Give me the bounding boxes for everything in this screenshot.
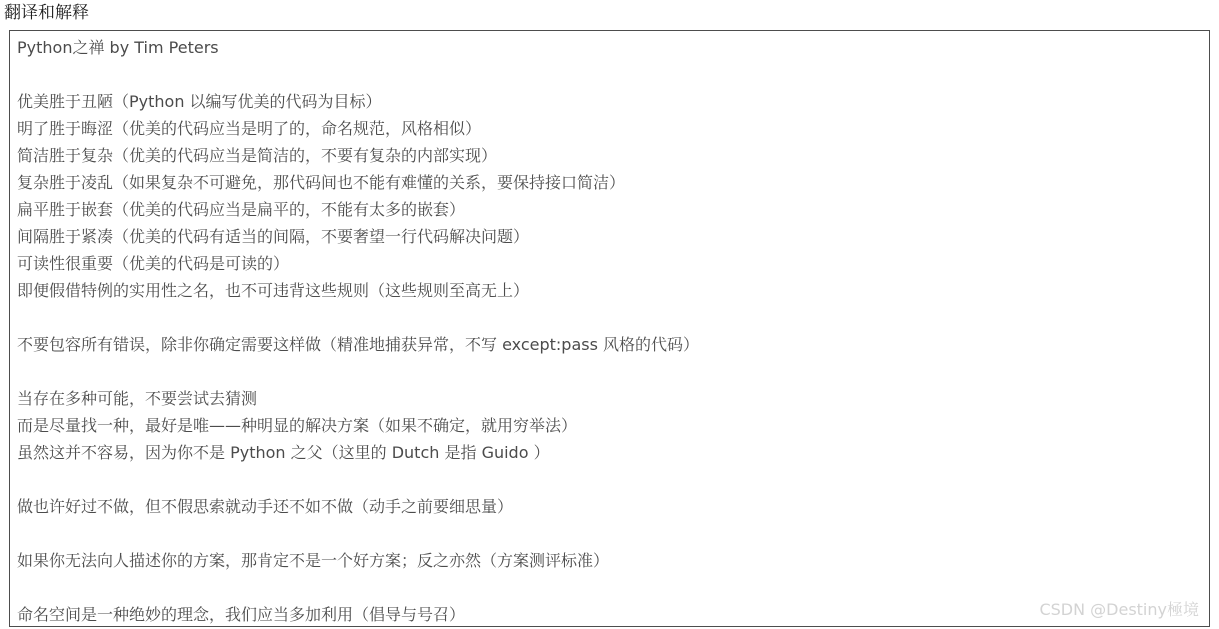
text-line: 简洁胜于复杂（优美的代码应当是简洁的，不要有复杂的内部实现） <box>17 142 1202 169</box>
text-line: 即便假借特例的实用性之名，也不可违背这些规则（这些规则至高无上） <box>17 277 1202 304</box>
zen-of-python-box: Python之禅 by Tim Peters 优美胜于丑陋（Python 以编写… <box>9 30 1210 627</box>
text-line: 而是尽量找一种，最好是唯——种明显的解决方案（如果不确定，就用穷举法） <box>17 412 1202 439</box>
text-line: 复杂胜于凌乱（如果复杂不可避免，那代码间也不能有难懂的关系，要保持接口简洁） <box>17 169 1202 196</box>
text-line: 当存在多种可能，不要尝试去猜测 <box>17 385 1202 412</box>
text-line <box>17 466 1202 493</box>
text-line: 虽然这并不容易，因为你不是 Python 之父（这里的 Dutch 是指 Gui… <box>17 439 1202 466</box>
text-line <box>17 520 1202 547</box>
text-line: 做也许好过不做，但不假思索就动手还不如不做（动手之前要细思量） <box>17 493 1202 520</box>
text-line <box>17 304 1202 331</box>
text-line: 优美胜于丑陋（Python 以编写优美的代码为目标） <box>17 88 1202 115</box>
text-line: 明了胜于晦涩（优美的代码应当是明了的，命名规范，风格相似） <box>17 115 1202 142</box>
zen-text-lines: Python之禅 by Tim Peters 优美胜于丑陋（Python 以编写… <box>17 34 1202 626</box>
text-line: 扁平胜于嵌套（优美的代码应当是扁平的，不能有太多的嵌套） <box>17 196 1202 223</box>
text-line <box>17 358 1202 385</box>
text-line <box>17 574 1202 601</box>
text-line <box>17 61 1202 88</box>
text-line: 可读性很重要（优美的代码是可读的） <box>17 250 1202 277</box>
text-line: Python之禅 by Tim Peters <box>17 34 1202 61</box>
text-line: 如果你无法向人描述你的方案，那肯定不是一个好方案；反之亦然（方案测评标准） <box>17 547 1202 574</box>
text-line: 命名空间是一种绝妙的理念，我们应当多加利用（倡导与号召） <box>17 601 1202 626</box>
section-heading: 翻译和解释 <box>4 2 89 24</box>
text-line: 间隔胜于紧凑（优美的代码有适当的间隔，不要奢望一行代码解决问题） <box>17 223 1202 250</box>
blog-content-page: 翻译和解释 Python之禅 by Tim Peters 优美胜于丑陋（Pyth… <box>0 0 1219 629</box>
text-line: 不要包容所有错误，除非你确定需要这样做（精准地捕获异常，不写 except:pa… <box>17 331 1202 358</box>
